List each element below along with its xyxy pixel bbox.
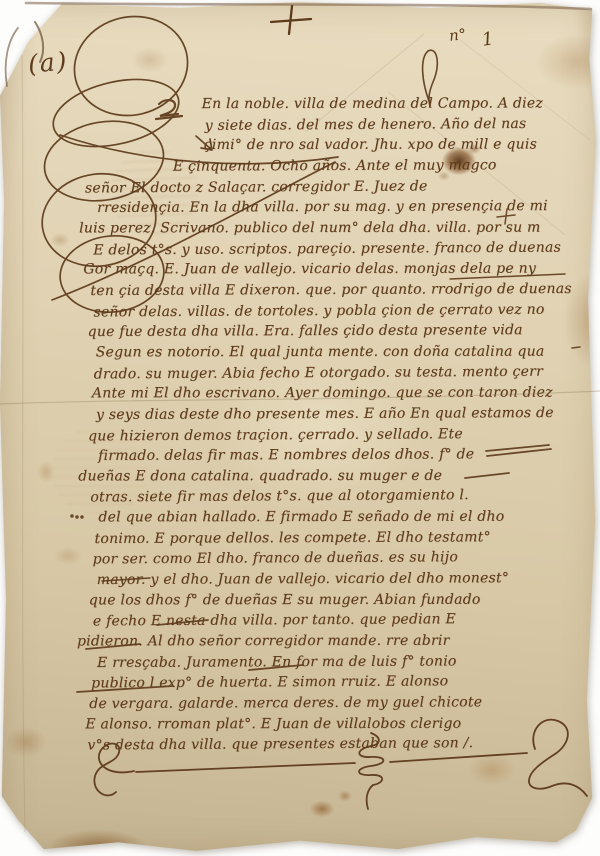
text-line: que hizieron demos traçion. çerrado. y s… (88, 423, 572, 447)
text-line: E alonso. rroman plat°. E Juan de villal… (85, 713, 573, 735)
text-line: y siete dias. del mes de henero. Año del… (205, 113, 571, 136)
manuscript-text-block: En la noble. villa de medina del Campo. … (85, 93, 574, 756)
text-line: señor delas. villas. de tortoles. y pobl… (93, 299, 571, 323)
text-line: rresidençia. En la dha villa. por su mag… (97, 196, 571, 219)
text-line: que fue desta dha villa. Era. falles çid… (88, 320, 572, 343)
manuscript-scan: (a) n° 1 En la noble. villa de medina de… (0, 0, 600, 856)
text-line: Ante mi El dho escrivano. Ayer domingo. … (92, 383, 572, 404)
text-line: e fecho E nesta dha villa. por tanto. qu… (93, 609, 573, 633)
text-line: dueñas E dona catalina. quadrado. su mug… (78, 465, 572, 487)
text-line: Segun es notorio. El qual junta mente. c… (96, 341, 572, 362)
numero-label: n° (448, 25, 467, 45)
text-line: mayor. y el dho. Juan de vallejo. vicari… (97, 568, 573, 591)
text-line: E çinquenta. Ocho años. Ante el muy magc… (173, 155, 571, 177)
text-line: pidieron. Al dho señor corregidor mande.… (77, 631, 573, 653)
text-line: señor El docto z Salaçar. corregidor E. … (85, 175, 571, 199)
text-line: y seys dias deste dho presente mes. E añ… (96, 403, 572, 426)
text-line: E delos t°s. y uso. scriptos. pareçio. p… (93, 237, 571, 261)
text-line: ten çia desta villa E dixeron. que. por … (90, 279, 571, 302)
text-line: que los dhos f° de dueñas E su muger. Ab… (89, 589, 573, 611)
text-line: firmado. delas fir mas. E nombres delos … (98, 444, 572, 467)
text-line: otras. siete fir mas delos t°s. que al o… (90, 485, 572, 509)
text-line: çimi° de nro sal vador. Jhu. xpo de mill… (204, 135, 571, 156)
text-line: de vergara. galarde. merca deres. de my … (89, 692, 573, 715)
corner-label: (a) (27, 46, 70, 78)
text-line: v°s desta dha villa. que presentes estab… (87, 733, 573, 757)
text-line: En la noble. villa de medina del Campo. … (202, 93, 571, 114)
text-line: publico l exp° de huerta. E simon rruiz.… (91, 671, 573, 695)
text-line: del que abian hallado. E firmado E señad… (98, 507, 572, 528)
text-line: drado. su muger. Abia fecho E otorgado. … (94, 361, 572, 385)
text-line: Gor maçq. E. Juan de vallejo. vicario de… (83, 259, 571, 281)
text-line: luis perez. Scrivano. publico del num° d… (79, 218, 571, 240)
text-line: por ser. como El dho. franco de dueñas. … (93, 547, 573, 571)
